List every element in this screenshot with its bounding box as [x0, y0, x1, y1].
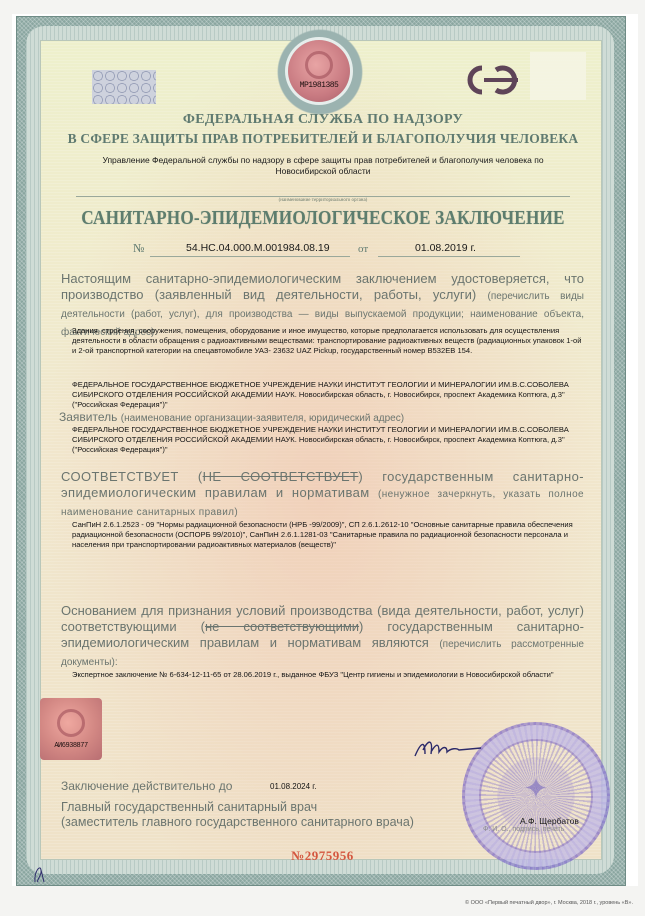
territorial-caption: (наименование территориального органа): [76, 198, 570, 203]
signer-caption: Ф. И. О., подпись, печать: [483, 826, 564, 833]
hologram-logo-icon: [57, 709, 85, 737]
doctor-title: Главный государственный санитарный врач: [61, 800, 317, 814]
territorial-body: Управление Федеральной службы по надзору…: [80, 155, 566, 177]
document-title: САНИТАРНО-ЭПИДЕМИОЛОГИЧЕСКОЕ ЗАКЛЮЧЕНИЕ: [80, 207, 567, 230]
valid-until-date: 01.08.2024 г.: [270, 782, 316, 791]
sanitary-rules: СанПиН 2.6.1.2523 - 09 "Нормы радиационн…: [72, 520, 584, 550]
expert-conclusion: Экспертное заключение № 6-634-12-11-65 о…: [72, 670, 584, 680]
applicant-organization: ФЕДЕРАЛЬНОЕ ГОСУДАРСТВЕННОЕ БЮДЖЕТНОЕ УЧ…: [72, 425, 584, 455]
agency-name-line1: ФЕДЕРАЛЬНАЯ СЛУЖБА ПО НАДЗОРУ: [40, 112, 606, 128]
divider: [76, 196, 570, 197]
security-pattern: [92, 70, 156, 104]
from-label: от: [358, 243, 368, 255]
blank-serial-number: №2975956: [0, 848, 645, 864]
valid-until-label: Заключение действительно до: [61, 779, 232, 793]
blank-field: [530, 52, 586, 100]
signature-icon: [413, 736, 483, 760]
document-number: 54.НС.04.000.М.001984.08.19: [186, 242, 330, 254]
signer-name: А.Ф. Щербатов: [520, 816, 579, 826]
applicant-label: Заявитель (наименование организации-заяв…: [59, 410, 579, 426]
basis-statement: Основанием для признания условий произво…: [61, 603, 584, 671]
document-date: 01.08.2019 г.: [415, 242, 476, 254]
applicant-hint: (наименование организации-заявителя, юри…: [121, 413, 404, 424]
number-underline: [150, 256, 350, 257]
holder-organization: ФЕДЕРАЛЬНОЕ ГОСУДАРСТВЕННОЕ БЮДЖЕТНОЕ УЧ…: [72, 380, 584, 410]
hologram-logo-icon: [305, 51, 333, 79]
initial-mark-icon: [32, 862, 48, 884]
agency-name-line2: В СФЕРЕ ЗАЩИТЫ ПРАВ ПОТРЕБИТЕЛЕЙ И БЛАГО…: [40, 131, 606, 147]
printer-imprint: © ООО «Первый печатный двор», г. Москва,…: [465, 900, 633, 906]
hologram-serial: АИ6938877: [40, 742, 102, 750]
applicant-title: Заявитель: [59, 410, 121, 424]
doctor-deputy-title: (заместитель главного государственного с…: [61, 815, 414, 829]
basis-struck: не соответствующими: [205, 619, 359, 634]
number-label: №: [133, 241, 144, 256]
not-complies-struck: НЕ СООТВЕТСТВУЕТ: [203, 469, 359, 484]
date-underline: [378, 256, 520, 257]
hologram-sticker-top: МР1981385: [288, 40, 350, 102]
complies-text: СООТВЕТСТВУЕТ (: [61, 469, 203, 484]
compliance-statement: СООТВЕТСТВУЕТ (НЕ СООТВЕТСТВУЕТ) государ…: [61, 469, 584, 521]
eagle-emblem-icon: ✦: [523, 771, 548, 806]
se-logo-icon: [462, 62, 524, 98]
activity-description: Здания, строения, сооружения, помещения,…: [72, 326, 584, 356]
hologram-serial: МР1981385: [288, 81, 350, 90]
hologram-sticker-bottom: АИ6938877: [40, 698, 102, 760]
